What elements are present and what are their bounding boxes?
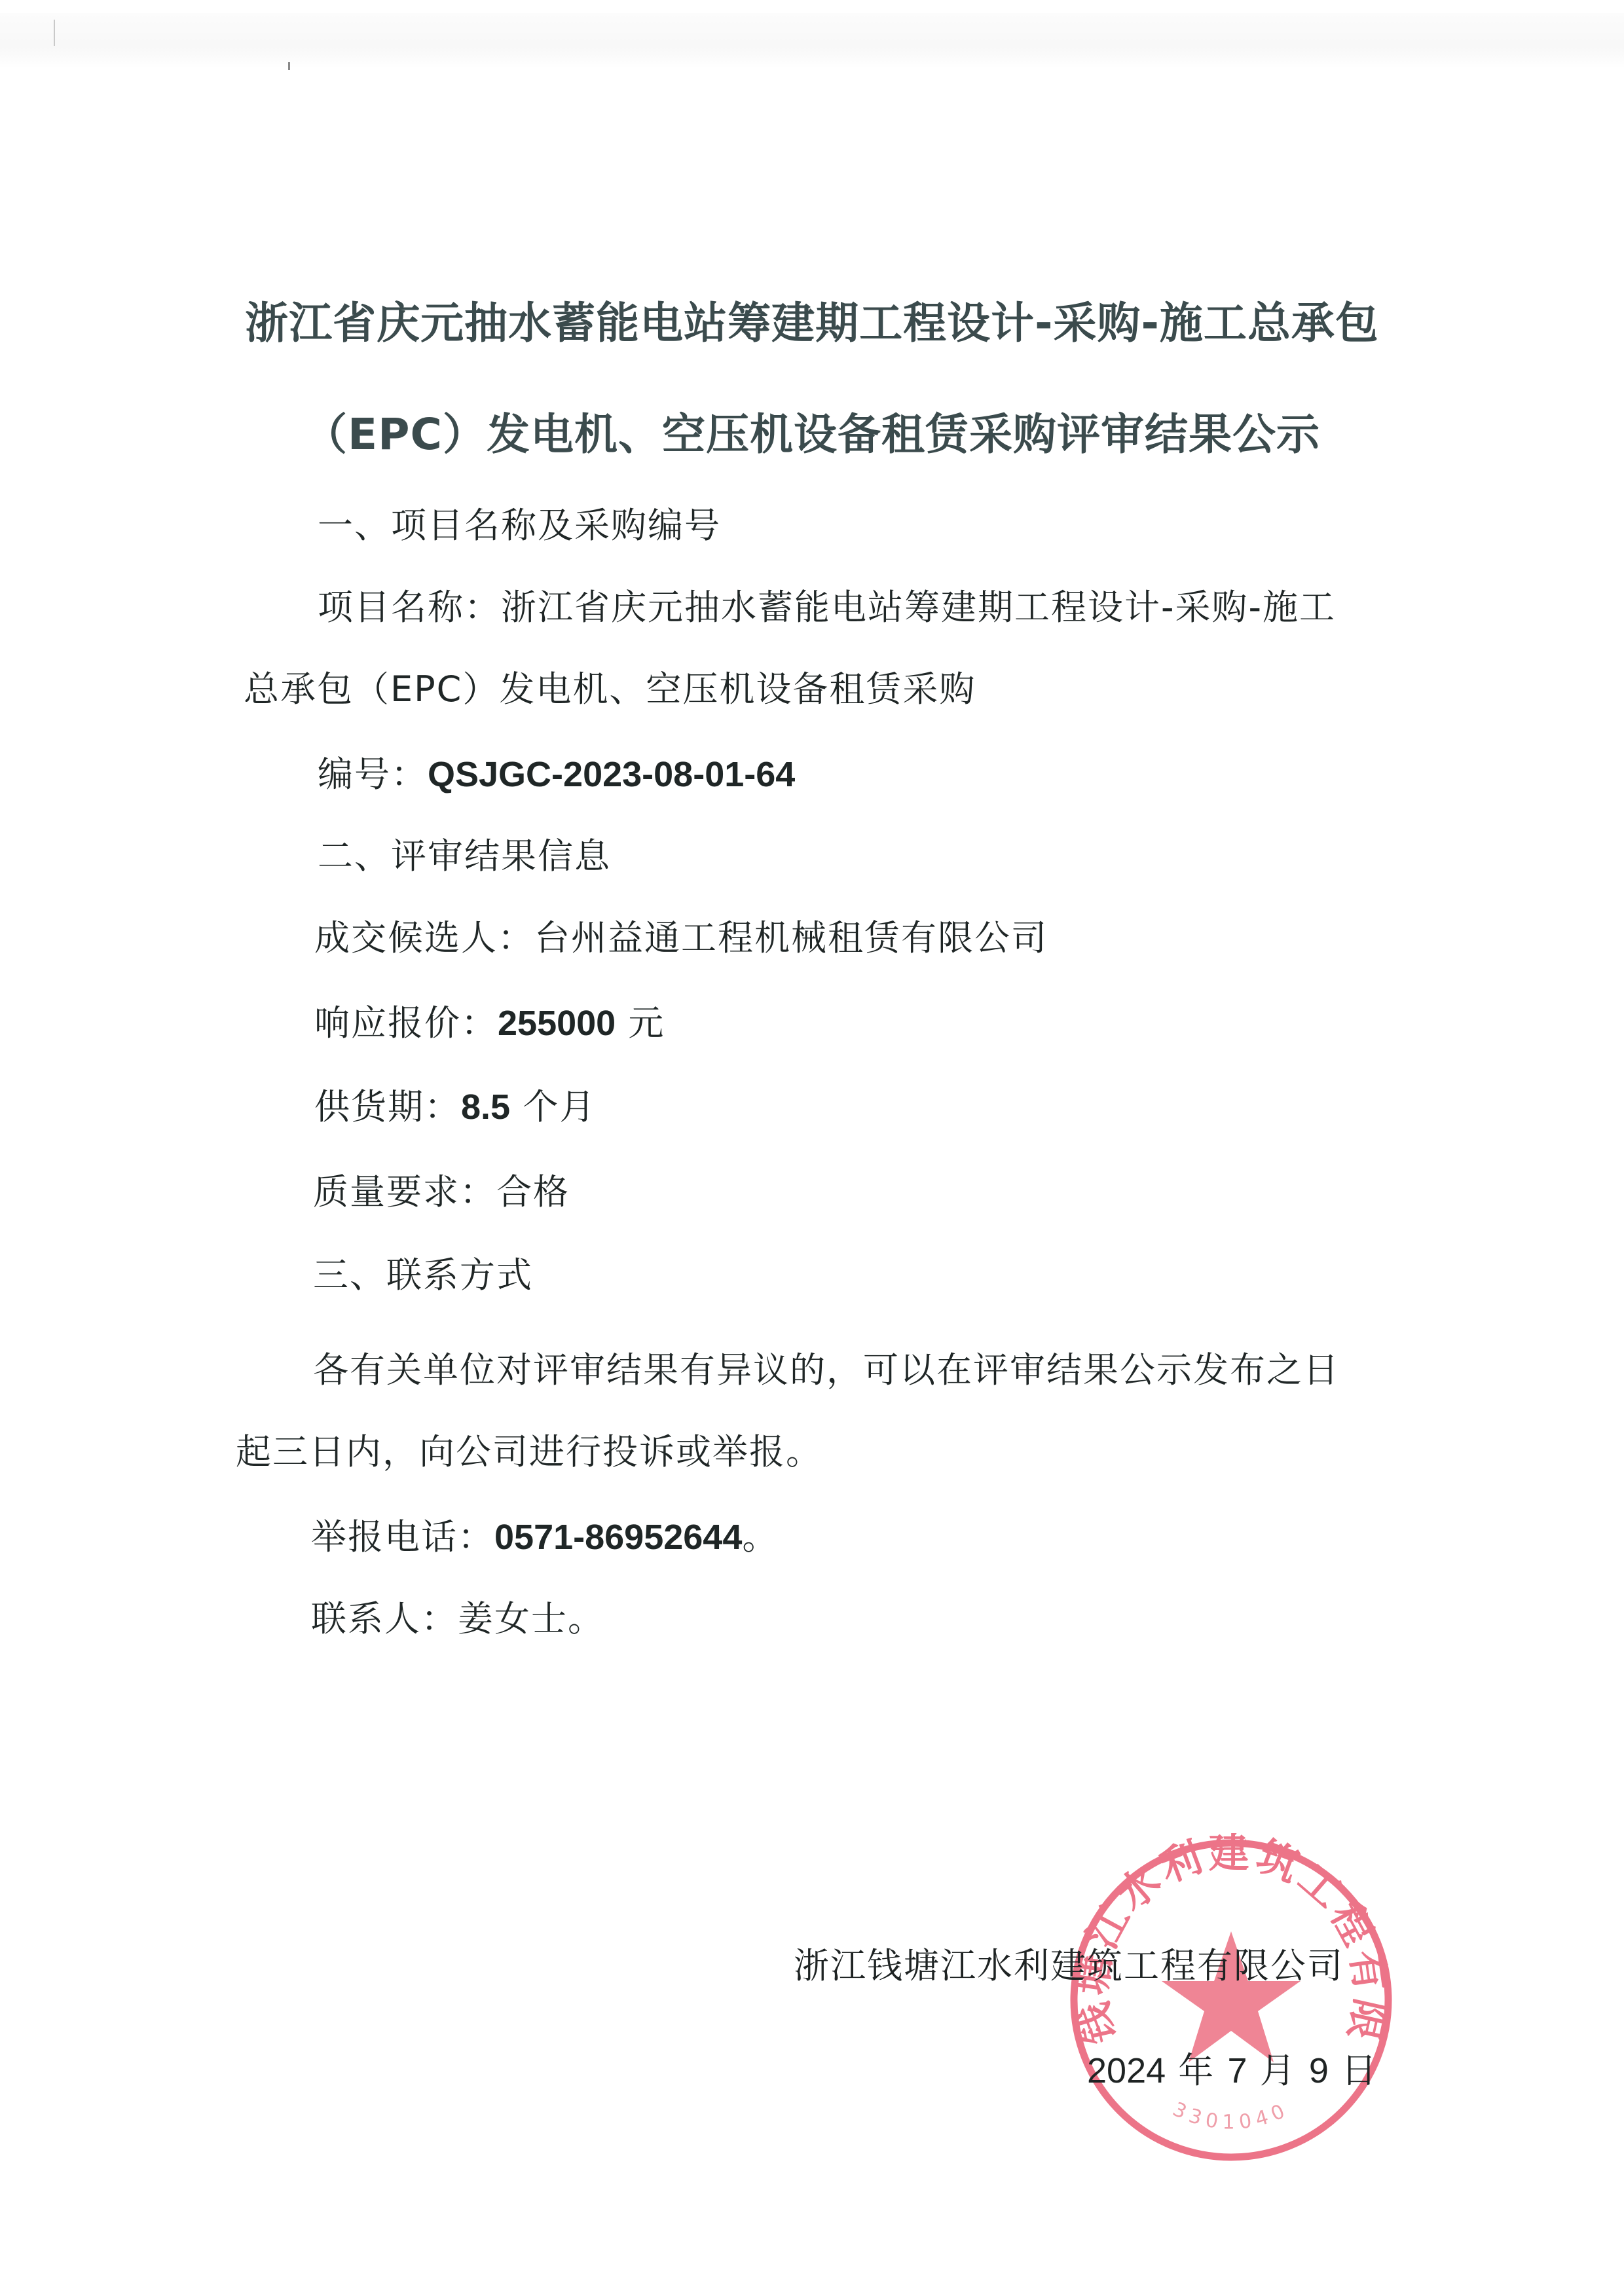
scan-mark (288, 62, 290, 70)
delivery-value: 8.5 (461, 1087, 510, 1127)
phone-value: 0571-86952644 (494, 1518, 742, 1557)
quality-label: 质量要求： (313, 1171, 496, 1212)
objection-line-2: 起三日内，向公司进行投诉或举报。 (236, 1424, 822, 1474)
contact-label: 联系人： (311, 1598, 458, 1639)
quality-row: 质量要求：合格 (313, 1164, 570, 1214)
delivery-unit: 个月 (510, 1086, 596, 1127)
date-year: 2024 (1087, 2051, 1166, 2090)
section-2-heading: 二、评审结果信息 (318, 828, 611, 879)
contact-row: 联系人：姜女士。 (311, 1591, 604, 1641)
candidate-label: 成交候选人： (314, 917, 534, 958)
candidate-value: 台州益通工程机械租赁有限公司 (534, 917, 1048, 958)
number-label: 编号： (318, 754, 428, 795)
project-name-line-2: 总承包（EPC）发电机、空压机设备租赁采购 (244, 661, 976, 712)
phone-row: 举报电话：0571-86952644。 (311, 1509, 779, 1559)
official-seal-stamp: 浙江钱塘江水利建筑工程有限公司 3301040 (1064, 1833, 1398, 2167)
section-3-heading: 三、联系方式 (313, 1247, 533, 1298)
price-row: 响应报价：255000 元 (314, 995, 665, 1046)
contact-value: 姜女士。 (458, 1598, 604, 1639)
price-unit: 元 (616, 1002, 665, 1044)
project-name-value: 浙江省庆元抽水蓄能电站筹建期工程设计-采购-施工 (501, 587, 1336, 628)
scan-edge-artifact (0, 13, 1624, 69)
candidate-row: 成交候选人：台州益通工程机械租赁有限公司 (314, 910, 1048, 960)
project-name-label: 项目名称： (318, 587, 501, 628)
delivery-row: 供货期：8.5 个月 (314, 1079, 596, 1129)
date-month-unit: 月 (1247, 2050, 1309, 2091)
document-title-line-2: （EPC）发电机、空压机设备租赁采购评审结果公示 (0, 399, 1624, 462)
phone-end: 。 (742, 1516, 779, 1558)
quality-value: 合格 (496, 1171, 570, 1212)
date-year-unit: 年 (1166, 2050, 1227, 2091)
issue-date: 2024 年 7 月 9 日 (1087, 2043, 1378, 2093)
project-name-line-1: 项目名称：浙江省庆元抽水蓄能电站筹建期工程设计-采购-施工 (318, 579, 1336, 630)
phone-label: 举报电话： (311, 1516, 494, 1558)
objection-line-1: 各有关单位对评审结果有异议的，可以在评审结果公示发布之日 (313, 1342, 1340, 1393)
number-value: QSJGC-2023-08-01-64 (428, 755, 795, 794)
delivery-label: 供货期： (314, 1086, 461, 1127)
stamp-code: 3301040 (1169, 2098, 1293, 2134)
issuer-company: 浙江钱塘江水利建筑工程有限公司 (794, 1938, 1344, 1988)
date-day: 9 (1309, 2051, 1329, 2090)
scan-mark (54, 20, 55, 46)
procurement-number: 编号：QSJGC-2023-08-01-64 (318, 746, 795, 797)
date-month: 7 (1227, 2051, 1247, 2090)
document-title-line-1: 浙江省庆元抽水蓄能电站筹建期工程设计-采购-施工总承包 (0, 288, 1624, 350)
price-label: 响应报价： (314, 1002, 498, 1044)
price-value: 255000 (498, 1004, 616, 1043)
date-day-unit: 日 (1329, 2050, 1378, 2091)
section-1-heading: 一、项目名称及采购编号 (318, 498, 721, 548)
